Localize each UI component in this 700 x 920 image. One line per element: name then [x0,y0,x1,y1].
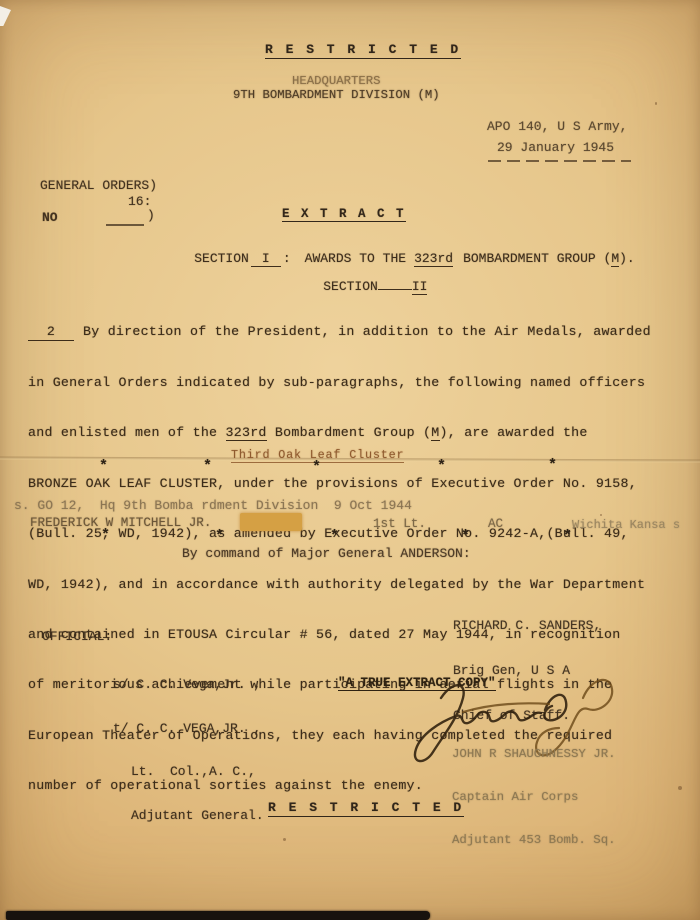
body-line: and enlisted men of the 323rd Bombardmen… [28,425,651,442]
official-rank-line: Lt. Col.,A. C., [113,765,264,780]
body-line: 2By direction of the President, in addit… [28,324,651,342]
awardee-name: FREDERICK W MITCHELL JR. [30,516,211,530]
chief-name: RICHARD C. SANDERS, [453,618,601,633]
official-label: OFFICIAL: [42,630,112,645]
asterisk: * [461,528,470,545]
asterisk: * [203,458,212,475]
official-block: s/ C. C. Vega,Jr. , t/ C. C. VEGA,JR. , … [113,649,264,852]
date-underline [488,160,631,162]
classification-top: R E S T R I C T E D [265,42,461,59]
awardee-rank: 1st Lt. [373,517,426,531]
orders-label: GENERAL ORDERS) [40,178,157,193]
document-scan: R E S T R I C T E D HEADQUARTERS 9TH BOM… [0,0,700,920]
asterisk: * [312,459,321,476]
asterisk: * [330,528,339,545]
official-title-line: Adjutant General. [113,809,264,824]
certifier-title: Adjutant 453 Bomb. Sq. [452,833,616,847]
date-line: 29 January 1945 [497,140,614,155]
section1-sep: : [283,251,291,266]
redaction-block [240,513,302,531]
orders-no: NO [42,210,58,225]
citation-line: s. GO 12, Hq 9th Bomba rdment Division 9… [14,498,412,513]
paper-speck [283,838,286,841]
headquarters-line: HEADQUARTERS [292,74,381,88]
asterisk: * [563,528,572,545]
section1-tail-b: ). [619,251,635,266]
asterisk: * [99,458,108,475]
paper-speck [678,786,682,790]
certifier-name: JOHN R SHAUGHNESSY JR. [452,747,616,761]
section1-label: SECTION [194,251,249,266]
division-line: 9TH BOMBARDMENT DIVISION (M) [233,88,440,102]
classification-bottom: R E S T R I C T E D [268,800,464,817]
paper-speck [655,102,657,105]
asterisk: * [437,458,446,475]
official-typed-line: t/ C. C. VEGA,JR. , [113,722,264,737]
section1-m: M [611,251,619,267]
para-number: 2 [28,324,74,342]
body-line: BRONZE OAK LEAF CLUSTER, under the provi… [28,476,651,493]
asterisk: * [215,528,224,545]
asterisk: * [548,457,557,474]
asterisk: * [101,527,110,544]
awardee-home: Wichita Kansa s [572,518,680,532]
awardee-branch: AC [488,517,503,531]
group-number: 323rd [226,425,267,441]
orders-paren: ) [147,208,155,223]
group-m: M [431,425,439,441]
scan-edge-strip [6,911,430,920]
command-line: By command of Major General ANDERSON: [182,546,471,561]
orders-blank-line [106,224,144,226]
apo-line: APO 140, U S Army, [487,119,627,134]
torn-corner [0,6,11,26]
section1-numeral: I [251,251,281,267]
certifier-rank: Captain Air Corps [452,790,616,804]
section2-blank [378,278,412,290]
orders-number: 16: [128,194,151,209]
certifier-block: JOHN R SHAUGHNESSY JR. Captain Air Corps… [452,718,616,876]
extract-title: E X T R A C T [282,207,406,222]
official-sig-line: s/ C. C. Vega,Jr. , [113,678,264,693]
section1-tail-a: BOMBARDMENT GROUP ( [463,251,611,266]
body-line: in General Orders indicated by sub-parag… [28,375,651,392]
